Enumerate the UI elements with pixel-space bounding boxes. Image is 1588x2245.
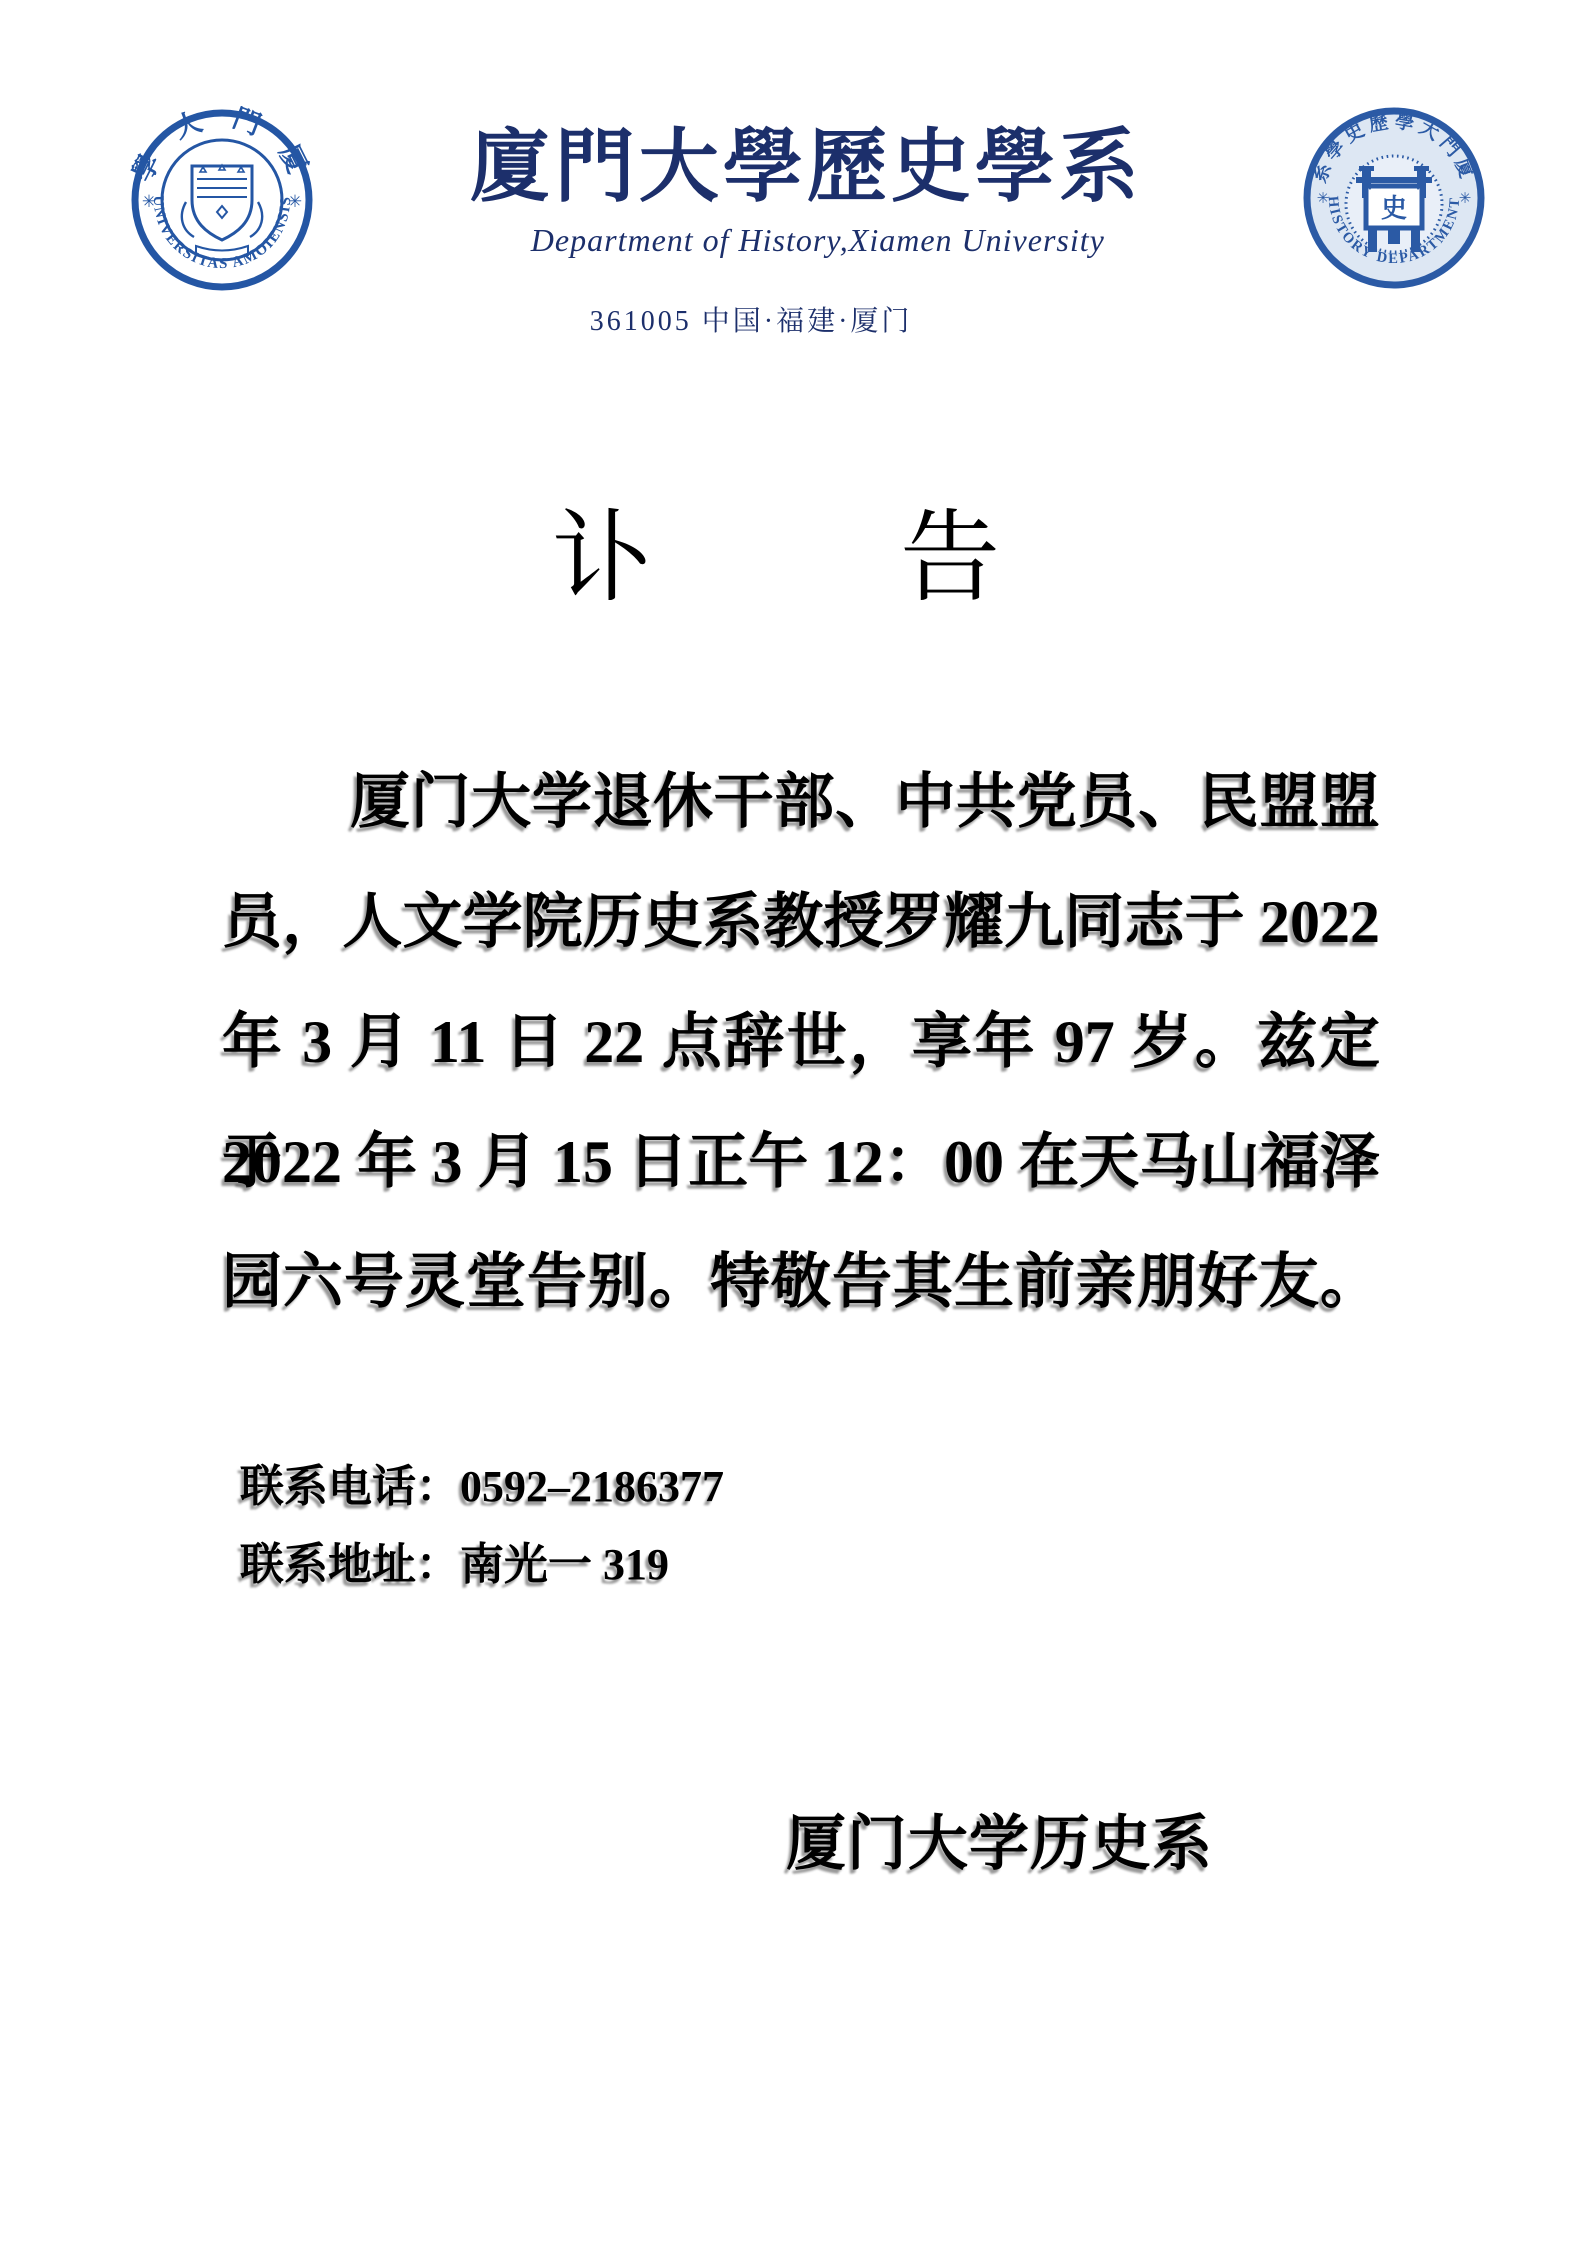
notice-body: 厦门大学退休干部、中共党员、民盟盟 员，人文学院历史系教授罗耀九同志于 2022… bbox=[222, 742, 1380, 1342]
body-line: 年 3 月 11 日 22 点辞世，享年 97 岁。兹定于 bbox=[222, 982, 1380, 1102]
history-char: 史 bbox=[1381, 194, 1407, 223]
signature-department: 厦门大学历史系 bbox=[786, 1796, 1213, 1882]
notice-title: 讣 告 bbox=[552, 504, 1000, 614]
contact-info: 联系电话：0592–2186377 联系地址：南光一 319 bbox=[240, 1448, 724, 1604]
contact-address-label: 联系地址： bbox=[240, 1540, 460, 1589]
contact-phone-value: 0592–2186377 bbox=[460, 1462, 724, 1511]
department-title-english: Department of History,Xiamen University bbox=[531, 222, 1105, 259]
star-icon: ✳ bbox=[288, 192, 302, 211]
body-line: 2022 年 3 月 15 日正午 12：00 在天马山福泽 bbox=[222, 1102, 1380, 1222]
history-seal-svg: 系學史歷學大門廈 HISTORY DEPARTMENT ✳ ✳ 史 bbox=[1300, 104, 1488, 292]
contact-address-value: 南光一 319 bbox=[460, 1540, 669, 1589]
contact-phone-label: 联系电话： bbox=[240, 1462, 460, 1511]
contact-phone-row: 联系电话：0592–2186377 bbox=[240, 1448, 724, 1526]
notice-title-char-2: 告 bbox=[900, 504, 1000, 614]
xmu-seal-svg: 學 大 門 厦 UNIVERSITAS AMOIENSIS ✳ ✳ bbox=[128, 106, 316, 294]
history-department-seal-icon: 系學史歷學大門廈 HISTORY DEPARTMENT ✳ ✳ 史 bbox=[1300, 104, 1488, 292]
body-line: 员，人文学院历史系教授罗耀九同志于 2022 bbox=[222, 862, 1380, 982]
postal-address-line: 361005 中国·福建·厦门 bbox=[590, 299, 913, 339]
body-line: 园六号灵堂告别。特敬告其生前亲朋好友。 bbox=[222, 1222, 1380, 1342]
department-title-seal-script: 廈門大學歷史學系 bbox=[471, 122, 1143, 214]
star-icon: ✳ bbox=[1459, 191, 1472, 207]
xmu-university-seal-icon: 學 大 門 厦 UNIVERSITAS AMOIENSIS ✳ ✳ bbox=[128, 106, 316, 294]
body-line: 厦门大学退休干部、中共党员、民盟盟 bbox=[222, 742, 1380, 862]
notice-title-char-1: 讣 bbox=[552, 504, 652, 614]
star-icon: ✳ bbox=[142, 192, 156, 211]
star-icon: ✳ bbox=[1317, 191, 1330, 207]
contact-address-row: 联系地址：南光一 319 bbox=[240, 1526, 724, 1604]
obituary-notice-page: 學 大 門 厦 UNIVERSITAS AMOIENSIS ✳ ✳ bbox=[0, 0, 1588, 2245]
